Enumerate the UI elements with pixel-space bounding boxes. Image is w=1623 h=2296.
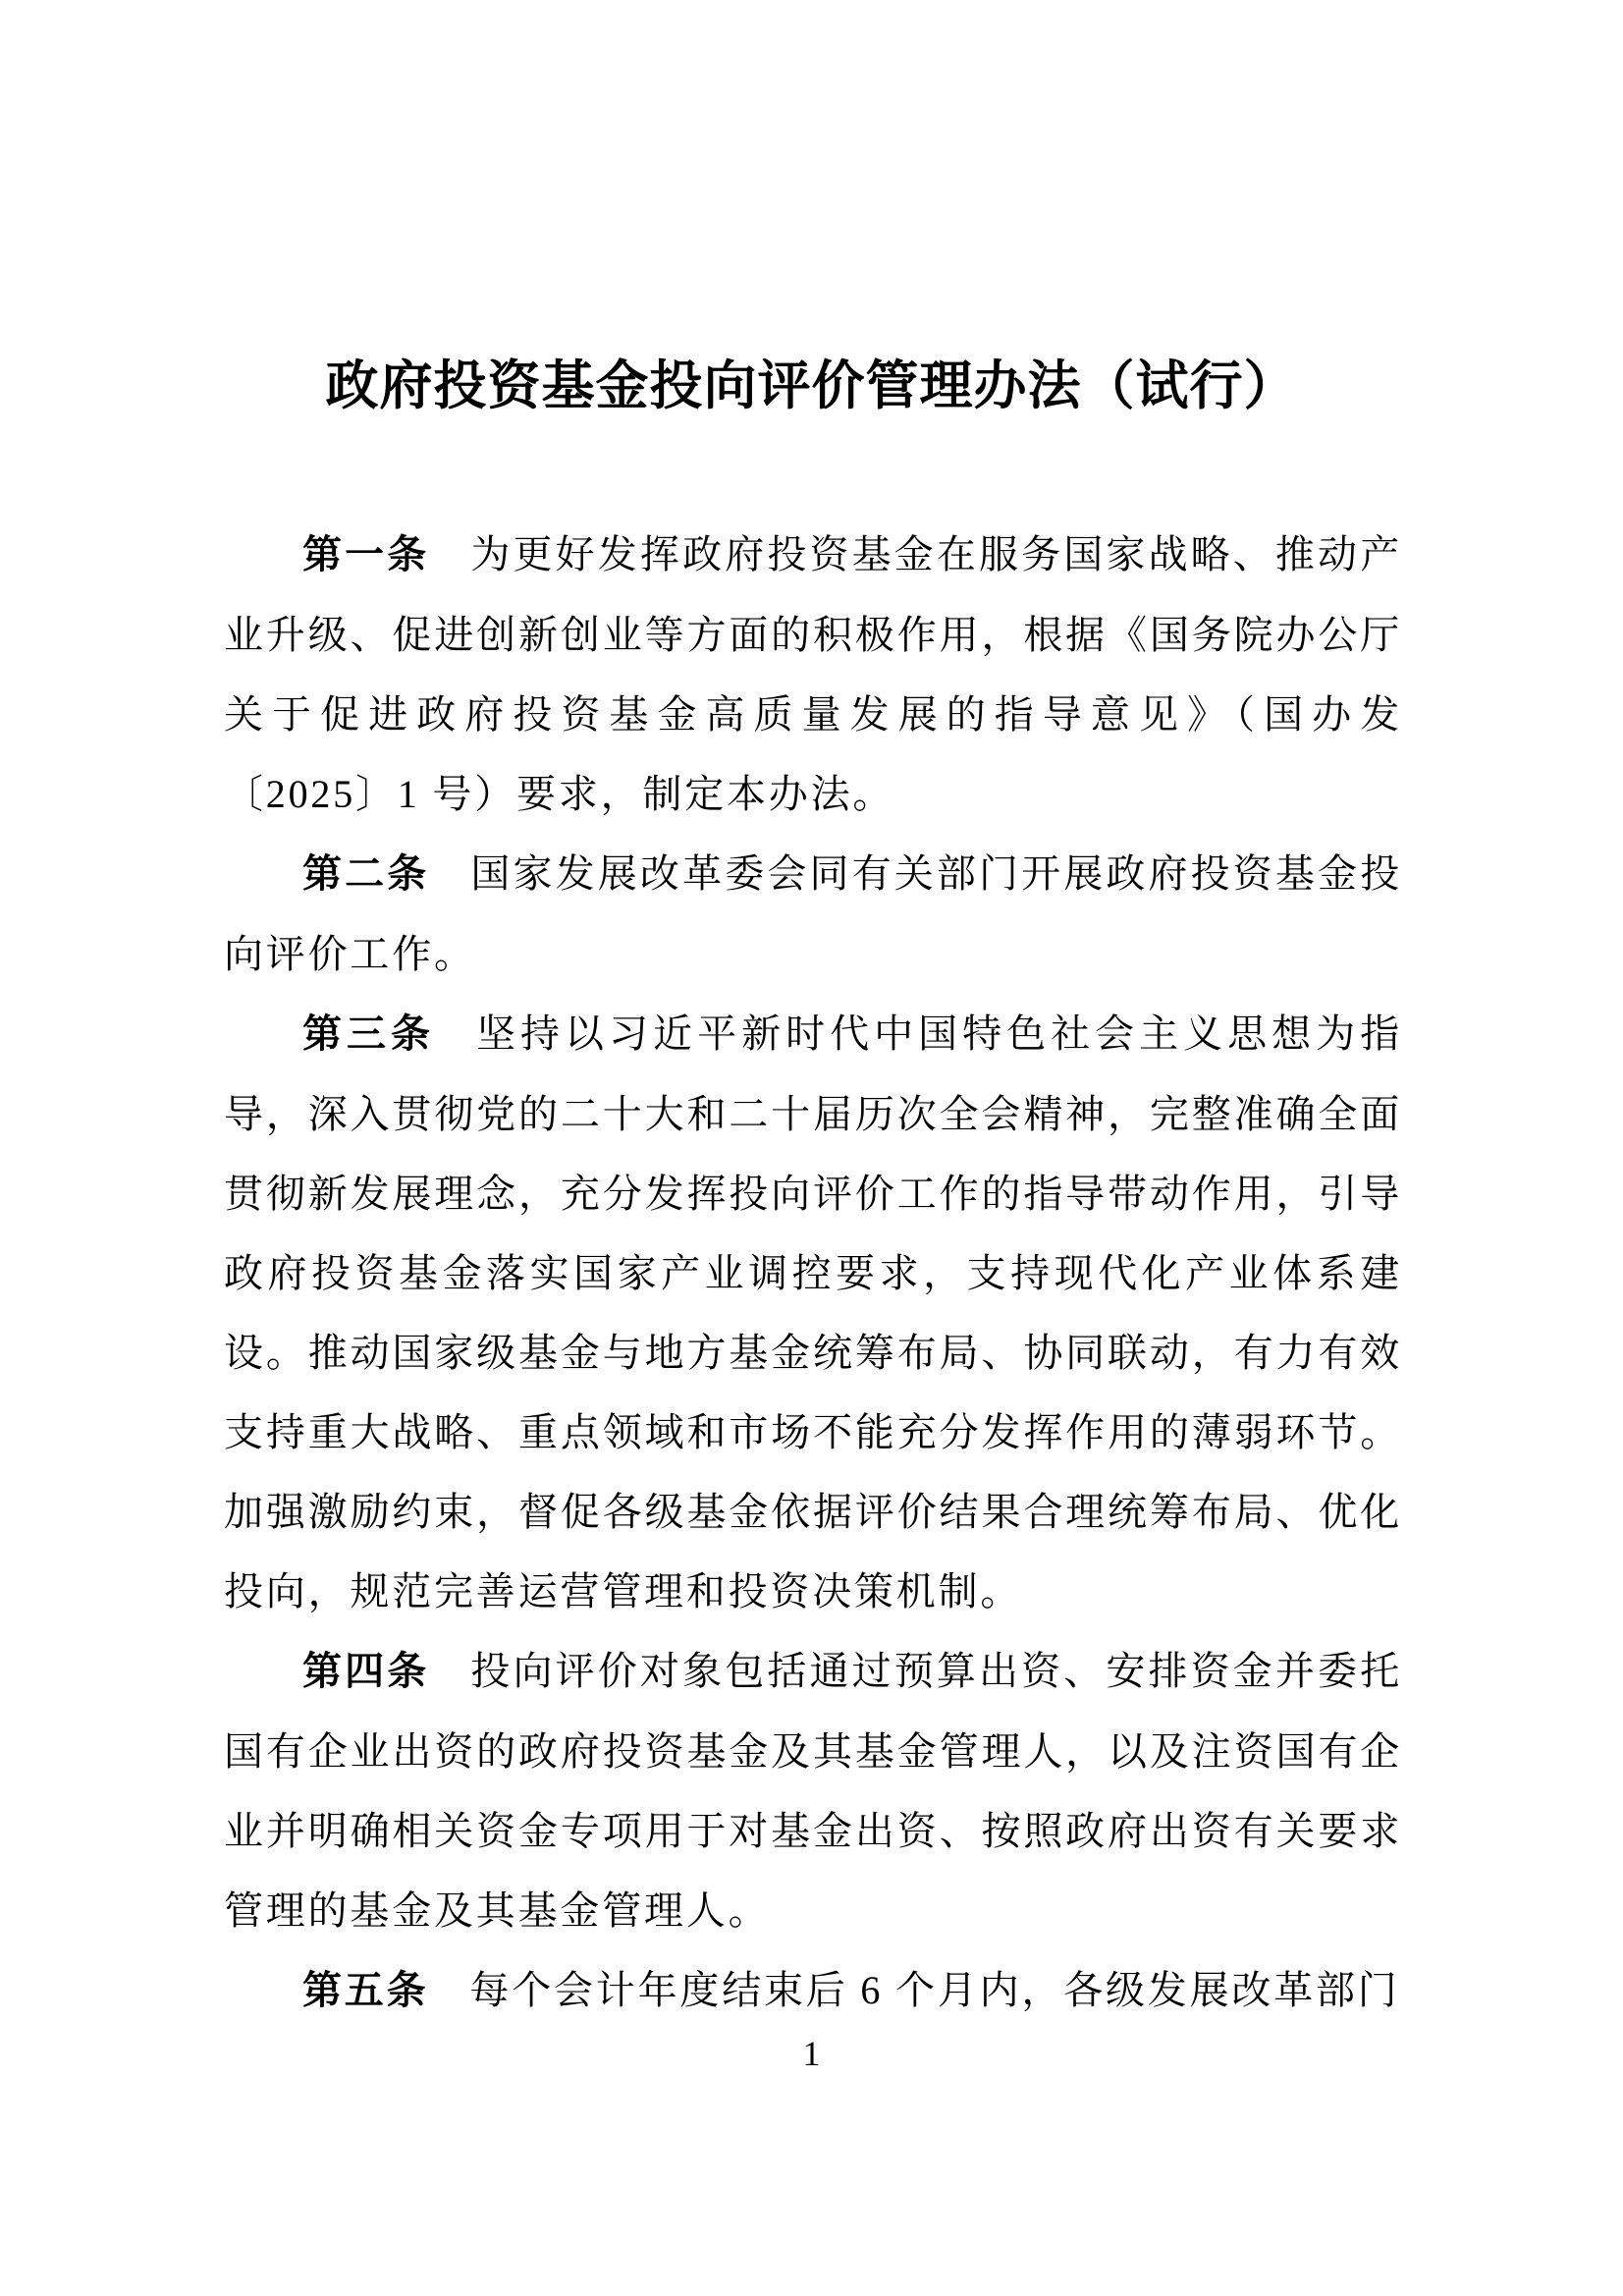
article-1-label: 第一条 [302, 533, 429, 576]
document-body: 第一条为更好发挥政府投资基金在服务国家战略、推动产业升级、促进创新创业等方面的积… [224, 515, 1402, 2031]
article-3-label: 第三条 [302, 1012, 435, 1056]
article-5-text: 每个会计年度结束后 6 个月内，各级发展改革部门 [469, 1968, 1399, 2012]
article-5-label: 第五条 [302, 1969, 428, 2012]
article-4-label: 第四条 [302, 1650, 429, 1693]
page-number: 1 [0, 2033, 1623, 2074]
article-paragraph-1: 第一条为更好发挥政府投资基金在服务国家战略、推动产业升级、促进创新创业等方面的积… [224, 515, 1402, 834]
article-paragraph-4: 第四条投向评价对象包括通过预算出资、安排资金并委托国有企业出资的政府投资基金及其… [224, 1631, 1402, 1950]
document-title: 政府投资基金投向评价管理办法（试行） [0, 344, 1623, 419]
article-paragraph-2: 第二条国家发展改革委会同有关部门开展政府投资基金投向评价工作。 [224, 834, 1402, 994]
article-3-text: 坚持以习近平新时代中国特色社会主义思想为指导，深入贯彻党的二十大和二十届历次全会… [224, 1011, 1402, 1613]
article-paragraph-5: 第五条每个会计年度结束后 6 个月内，各级发展改革部门 [224, 1950, 1402, 2031]
article-paragraph-3: 第三条坚持以习近平新时代中国特色社会主义思想为指导，深入贯彻党的二十大和二十届历… [224, 994, 1402, 1631]
article-2-label: 第二条 [302, 852, 429, 896]
document-page: 政府投资基金投向评价管理办法（试行） 第一条为更好发挥政府投资基金在服务国家战略… [0, 0, 1623, 2296]
